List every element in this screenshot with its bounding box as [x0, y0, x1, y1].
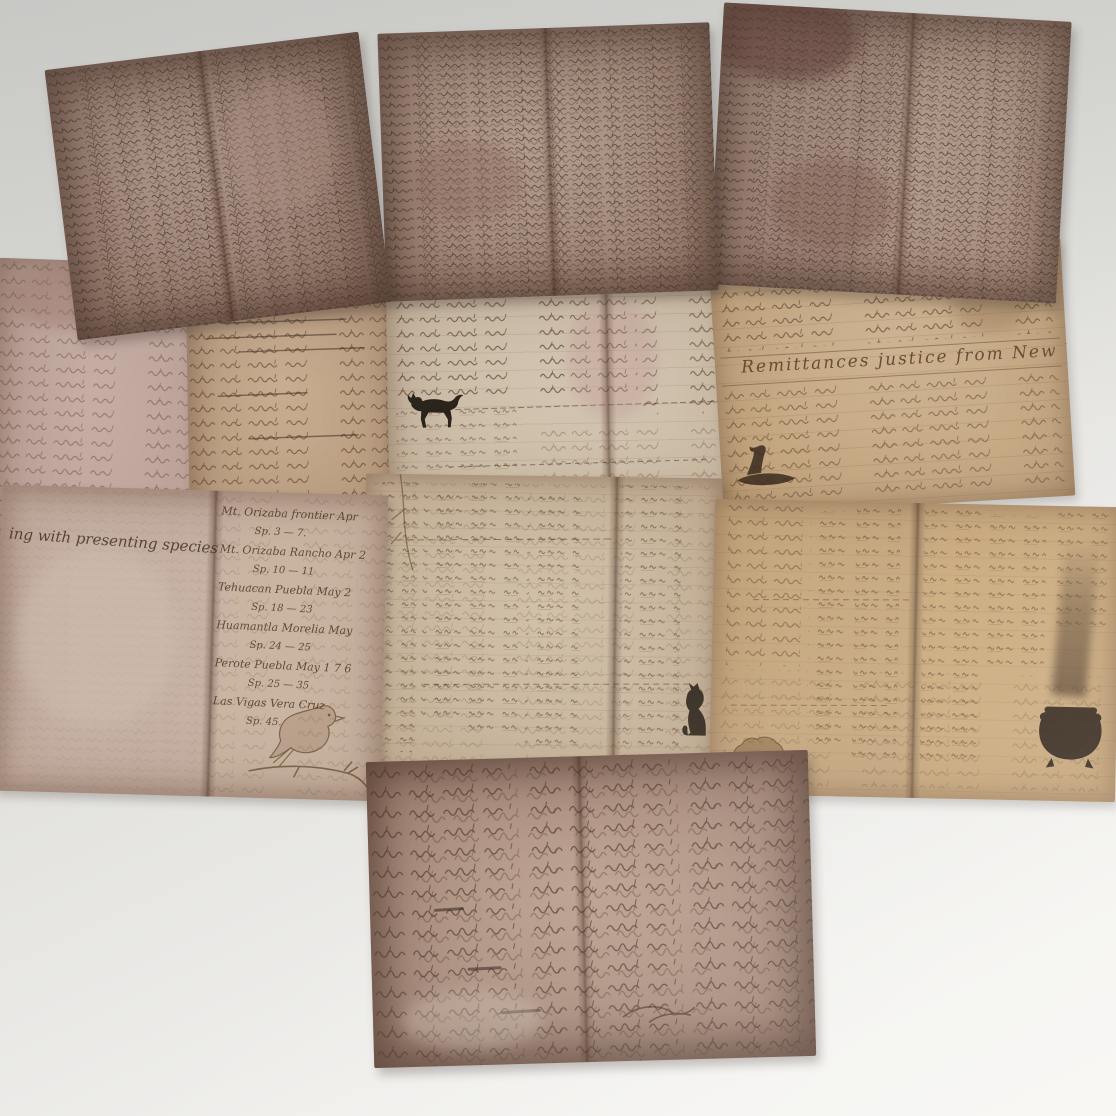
- sheet-top-left-letter: [45, 32, 392, 340]
- sheet-top-center-letter: [377, 22, 718, 301]
- sheet-top-right-letter: [708, 3, 1071, 304]
- walking-cat-silhouette: [402, 388, 469, 433]
- witch-hat-silhouette: [732, 440, 801, 500]
- cauldron-silhouette: [1027, 685, 1113, 779]
- sparrow-on-branch-sketch: [240, 687, 379, 795]
- sheet-bottom-letter-spread: [366, 750, 816, 1068]
- photo-stage: Remittances justice from New York: [0, 0, 1116, 1116]
- sheet-center-accounts-ledger: [362, 474, 722, 789]
- sheet-lower-left-spread: ing with presenting species Mt. Orizaba …: [0, 485, 388, 802]
